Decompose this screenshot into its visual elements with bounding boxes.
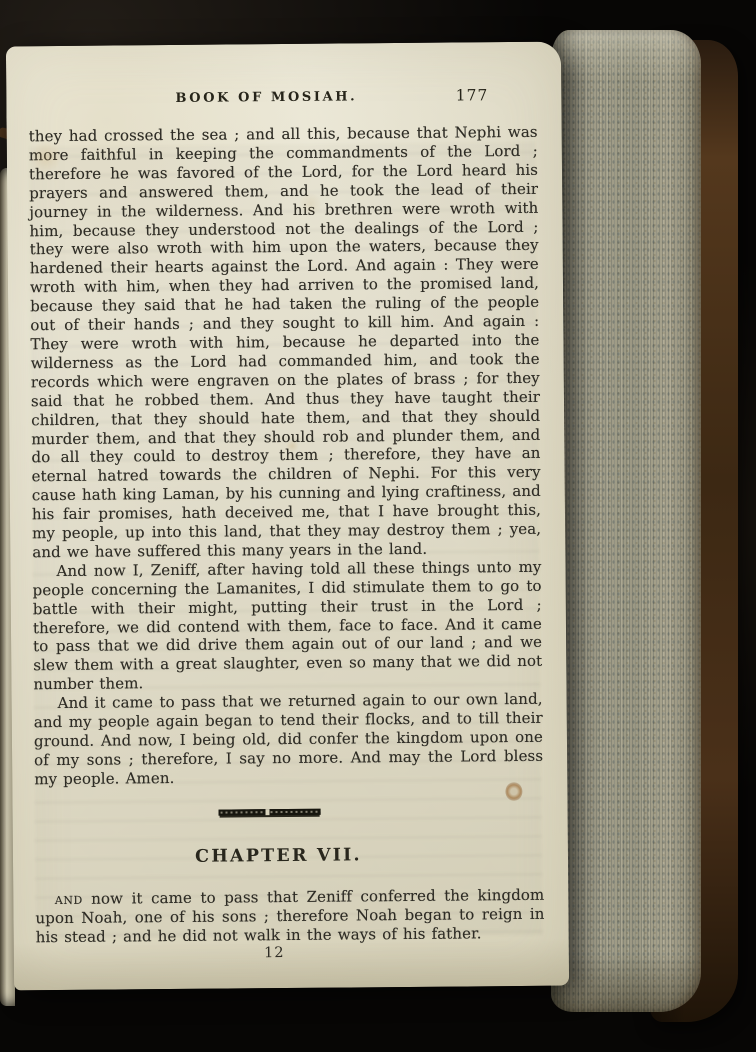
ornamental-divider: [14, 798, 523, 821]
chapter-paragraph-text: now it came to pass that Zeniff conferre…: [35, 885, 544, 945]
running-title: BOOK OF MOSIAH.: [175, 89, 357, 106]
book-page: BOOK OF MOSIAH. 177 they had crossed the…: [6, 42, 569, 991]
chapter-body: And now it came to pass that Zeniff conf…: [35, 885, 544, 946]
book-photo-scene: BOOK OF MOSIAH. 177 they had crossed the…: [0, 0, 756, 1052]
page-number: 177: [456, 86, 489, 104]
signature-mark: 12: [20, 943, 529, 963]
divider-rule-icon: [218, 808, 320, 815]
book-fore-edge-pages: [551, 30, 701, 1012]
chapter-heading: CHAPTER VII.: [24, 844, 533, 868]
running-head: BOOK OF MOSIAH. 177: [28, 88, 537, 114]
paragraph-continuation: they had crossed the sea ; and all this,…: [29, 123, 542, 562]
chapter-lead-word: And: [55, 890, 83, 908]
body-text: they had crossed the sea ; and all this,…: [29, 123, 544, 789]
paragraph-chapter-vii: And now it came to pass that Zeniff conf…: [35, 885, 544, 946]
page-content: BOOK OF MOSIAH. 177 they had crossed the…: [28, 88, 545, 964]
paragraph-zeniff-battle: And now I, Zeniff, after having told all…: [32, 558, 542, 695]
paragraph-zeniff-farewell: And it came to pass that we returned aga…: [34, 690, 544, 789]
